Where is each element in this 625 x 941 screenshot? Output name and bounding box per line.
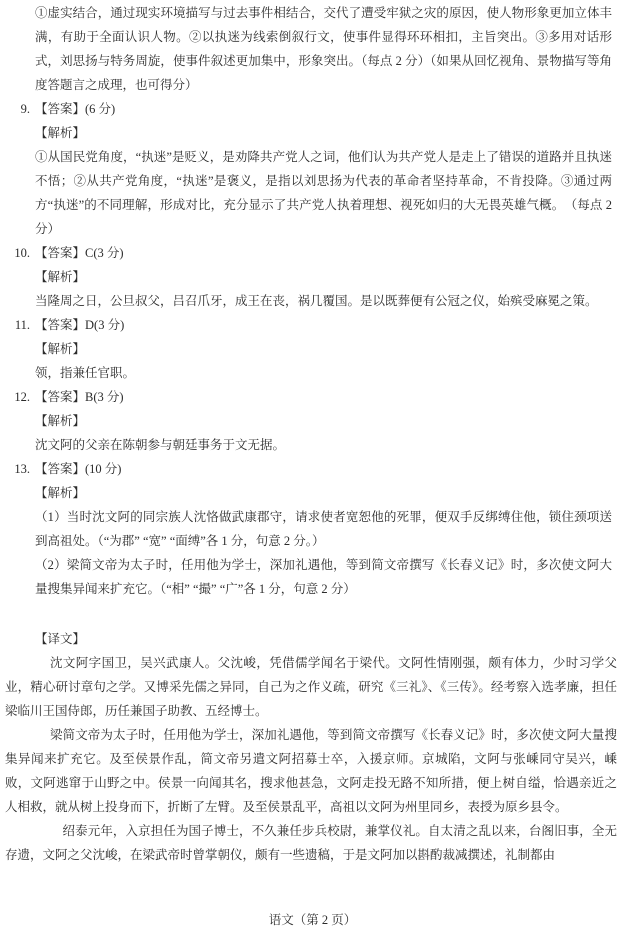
translation-section: 【译文】 沈文阿字国卫，吴兴武康人。父沈峻，凭借儒学闻名于梁代。文阿性情刚强，颇… (5, 627, 617, 867)
answer-label: 【答案】 (35, 102, 85, 116)
answer-score: B(3 分) (85, 390, 124, 404)
document-page: ①虚实结合，通过现实环境描写与过去事件相结合，交代了遭受牢狱之灾的原因，使人物形… (0, 0, 625, 941)
analysis-paragraph: （1）当时沈文阿的同宗族人沈恪做武康郡守，请求使者宽恕他的死罪，便双手反绑缚住他… (35, 505, 612, 553)
answer-line: 【答案】D(3 分) (35, 313, 612, 337)
answer-line: 【答案】(6 分) (35, 97, 612, 121)
analysis-label: 【解析】 (35, 337, 612, 361)
qa-item-11: 11. 【答案】D(3 分) 【解析】 领，指兼任官职。 (35, 313, 612, 385)
analysis-paragraph: （2）梁简文帝为太子时，任用他为学士，深加礼遇他，等到简文帝撰写《长春义记》时，… (35, 553, 612, 601)
answer-label: 【答案】 (35, 318, 85, 332)
qa-item-9: 9. 【答案】(6 分) 【解析】 ①从国民党角度，“执迷”是贬义，是劝降共产党… (35, 97, 612, 241)
item-number: 9. (8, 97, 30, 121)
answer-score: (10 分) (85, 462, 121, 476)
analysis-label: 【解析】 (35, 265, 612, 289)
translation-paragraph: 梁简文帝为太子时，任用他为学士，深加礼遇他，等到简文帝撰写《长春义记》时，多次使… (5, 723, 617, 819)
answer-line: 【答案】C(3 分) (35, 241, 612, 265)
item-number: 11. (8, 313, 30, 337)
answer-score: C(3 分) (85, 246, 124, 260)
analysis-paragraph: ①从国民党角度，“执迷”是贬义，是劝降共产党人之词，他们认为共产党人是走上了错误… (35, 145, 612, 241)
qa-item-10: 10. 【答案】C(3 分) 【解析】 当隆周之日，公旦叔父，吕召爪牙，成王在丧… (35, 241, 612, 313)
item-number: 12. (8, 385, 30, 409)
answer-label: 【答案】 (35, 390, 85, 404)
analysis-paragraph: 当隆周之日，公旦叔父，吕召爪牙，成王在丧，祸几覆国。是以既葬便有公冠之仪，始殡受… (35, 289, 612, 313)
page-footer: 语文（第 2 页） (0, 908, 625, 932)
translation-heading: 【译文】 (35, 627, 617, 651)
item-number: 13. (8, 457, 30, 481)
intro-continuation-paragraph: ①虚实结合，通过现实环境描写与过去事件相结合，交代了遭受牢狱之灾的原因，使人物形… (35, 1, 612, 97)
analysis-label: 【解析】 (35, 121, 612, 145)
answer-score: (6 分) (85, 102, 115, 116)
answer-line: 【答案】(10 分) (35, 457, 612, 481)
analysis-label: 【解析】 (35, 409, 612, 433)
answer-label: 【答案】 (35, 462, 85, 476)
answer-line: 【答案】B(3 分) (35, 385, 612, 409)
answer-score: D(3 分) (85, 318, 124, 332)
analysis-paragraph: 领，指兼任官职。 (35, 361, 612, 385)
document-body: ①虚实结合，通过现实环境描写与过去事件相结合，交代了遭受牢狱之灾的原因，使人物形… (0, 0, 625, 867)
analysis-paragraph: 沈文阿的父亲在陈朝参与朝廷事务于文无据。 (35, 433, 612, 457)
analysis-label: 【解析】 (35, 481, 612, 505)
translation-paragraph: 沈文阿字国卫，吴兴武康人。父沈峻，凭借儒学闻名于梁代。文阿性情刚强，颇有体力，少… (5, 651, 617, 723)
qa-item-12: 12. 【答案】B(3 分) 【解析】 沈文阿的父亲在陈朝参与朝廷事务于文无据。 (35, 385, 612, 457)
item-number: 10. (8, 241, 30, 265)
qa-item-13: 13. 【答案】(10 分) 【解析】 （1）当时沈文阿的同宗族人沈恪做武康郡守… (35, 457, 612, 601)
translation-paragraph: 绍泰元年，入京担任为国子博士，不久兼任步兵校尉，兼掌仪礼。自太清之乱以来，台阁旧… (5, 819, 617, 867)
answer-label: 【答案】 (35, 246, 85, 260)
